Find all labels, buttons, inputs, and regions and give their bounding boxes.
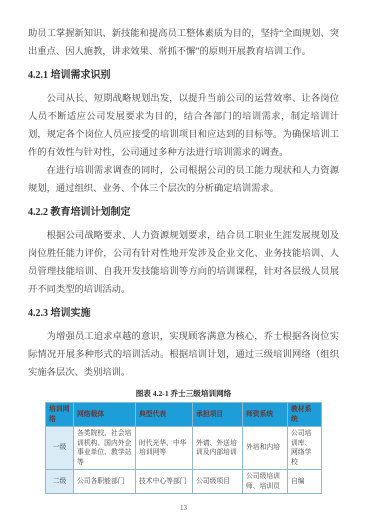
table-cell: 自编 <box>288 470 322 494</box>
document-page: 助员工掌握新知识、新技能和提高员工整体素质为目的，坚持“全面规划、突出重点、因人… <box>0 0 367 519</box>
table-header-cell: 承担项目 <box>193 403 243 427</box>
table-cell: 各类院校、社会培训机构、国内外企事业单位、教学站等 <box>74 427 136 470</box>
table-caption: 图表 4.2-1 乔士三级培训网络 <box>28 388 339 399</box>
table-cell-level: 二级 <box>46 470 74 494</box>
table-header-cell: 师资系统 <box>243 403 288 427</box>
table-cell: 公司各职能部门 <box>74 470 136 494</box>
section-heading: 4.2.2 教育培训计划制定 <box>28 206 339 220</box>
section-422: 4.2.2 教育培训计划制定 根据公司战略要求、人力资源规划要求，结合员工职业生… <box>28 206 339 299</box>
table-row: 一级 各类院校、社会培训机构、国内外企事业单位、教学站等 时代光华、中华培训网等… <box>46 427 322 470</box>
section-heading: 4.2.3 培训实施 <box>28 307 339 321</box>
intro-paragraph: 助员工掌握新知识、新技能和提高员工整体素质为目的，坚持“全面规划、突出重点、因人… <box>28 25 339 61</box>
table-cell: 公司级项目 <box>193 470 243 494</box>
table-row: 二级 公司各职能部门 技术中心等部门 公司级项目 公司级培训师、培训员 自编 <box>46 470 322 494</box>
table-cell: 公司培训库、网络学校 <box>288 427 322 470</box>
table-cell: 公司级培训师、培训员 <box>243 470 288 494</box>
table-header-cell: 培训网络 <box>46 403 74 427</box>
section-421: 4.2.1 培训需求识别 公司从长、短期战略规划出发，以提升当前公司的运营效率、… <box>28 69 339 198</box>
paragraph: 为增强员工追求卓越的意识，实现顾客满意为核心，乔士根据各岗位实际情况开展多种形式… <box>28 328 339 382</box>
training-network-table: 培训网络 网络载体 典型代表 承担项目 师资系统 教材系统 一级 各类院校、社会… <box>45 402 322 494</box>
table-cell: 外请、外送培训及内部培训 <box>193 427 243 470</box>
paragraph: 公司从长、短期战略规划出发，以提升当前公司的运营效率、让各岗位人员不断适应公司发… <box>28 90 339 162</box>
table-header-cell: 网络载体 <box>74 403 136 427</box>
table-cell: 技术中心等部门 <box>136 470 193 494</box>
table-cell-level: 一级 <box>46 427 74 470</box>
table-cell: 外培和内培 <box>243 427 288 470</box>
table-header-cell: 典型代表 <box>136 403 193 427</box>
paragraph: 在进行培训需求调查的同时，公司根据公司的员工能力现状和人力资源规划，通过组织、业… <box>28 162 339 198</box>
table-header-cell: 教材系统 <box>288 403 322 427</box>
section-423: 4.2.3 培训实施 为增强员工追求卓越的意识，实现顾客满意为核心，乔士根据各岗… <box>28 307 339 382</box>
section-heading: 4.2.1 培训需求识别 <box>28 69 339 83</box>
table-header-row: 培训网络 网络载体 典型代表 承担项目 师资系统 教材系统 <box>46 403 322 427</box>
page-number: 13 <box>28 504 339 512</box>
paragraph: 根据公司战略要求、人力资源规划要求，结合员工职业生涯发展规划及岗位胜任能力评价，… <box>28 227 339 299</box>
table-cell: 时代光华、中华培训网等 <box>136 427 193 470</box>
